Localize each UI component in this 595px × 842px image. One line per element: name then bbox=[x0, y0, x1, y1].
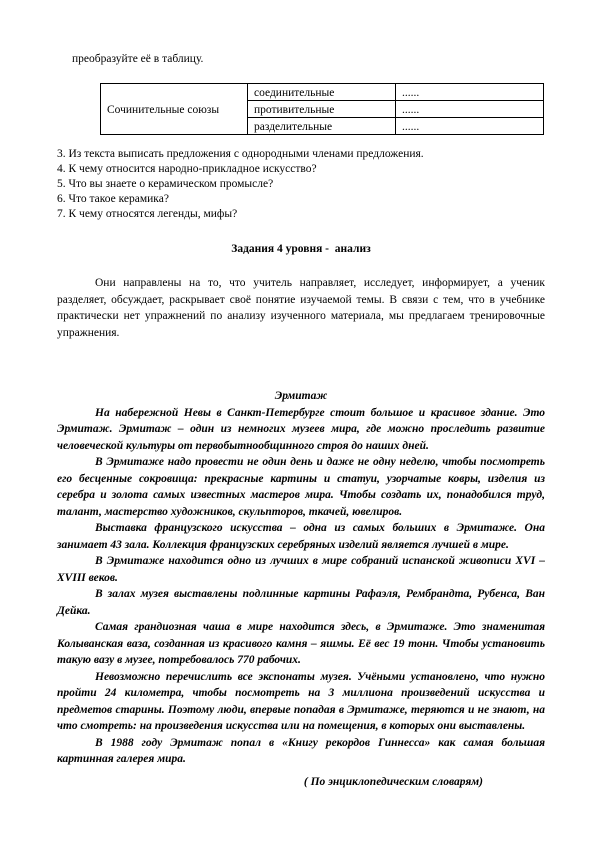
conjunctions-table: Сочинительные союзы соединительные .....… bbox=[100, 83, 544, 135]
hermitage-paragraph: На набережной Невы в Санкт-Петербурге ст… bbox=[57, 405, 545, 455]
table-value-cell: ...... bbox=[396, 118, 544, 135]
hermitage-paragraph: В Эрмитаже надо провести не один день и … bbox=[57, 454, 545, 520]
hermitage-paragraph: В Эрмитаже находится одно из лучших в ми… bbox=[57, 553, 545, 586]
hermitage-title: Эрмитаж bbox=[57, 388, 545, 405]
question-item: 5. Что вы знаете о керамическом промысле… bbox=[57, 177, 545, 192]
table-value-cell: ...... bbox=[396, 84, 544, 101]
question-list: 3. Из текста выписать предложения с одно… bbox=[57, 147, 545, 222]
question-item: 3. Из текста выписать предложения с одно… bbox=[57, 147, 545, 162]
table-header-cell: Сочинительные союзы bbox=[101, 84, 248, 135]
intro-line: преобразуйте её в таблицу. bbox=[72, 52, 545, 66]
table-value-cell: ...... bbox=[396, 101, 544, 118]
document-page: преобразуйте её в таблицу. Сочинительные… bbox=[0, 0, 595, 842]
hermitage-paragraph: В залах музея выставлены подлинные карти… bbox=[57, 586, 545, 619]
section-heading: Задания 4 уровня - анализ bbox=[57, 242, 545, 256]
table-type-cell: разделительные bbox=[248, 118, 396, 135]
attribution-line: ( По энциклопедическим словарям) bbox=[57, 774, 483, 790]
hermitage-paragraph: Самая грандиозная чаша в мире находится … bbox=[57, 619, 545, 669]
question-item: 6. Что такое керамика? bbox=[57, 192, 545, 207]
table-type-cell: соединительные bbox=[248, 84, 396, 101]
hermitage-text-block: Эрмитаж На набережной Невы в Санкт-Петер… bbox=[57, 388, 545, 790]
hermitage-paragraph: Невозможно перечислить все экспонаты муз… bbox=[57, 669, 545, 735]
hermitage-paragraph: Выставка французского искусства – одна и… bbox=[57, 520, 545, 553]
table-row: Сочинительные союзы соединительные .....… bbox=[101, 84, 544, 101]
table-type-cell: противительные bbox=[248, 101, 396, 118]
intro-paragraph: Они направлены на то, что учитель направ… bbox=[57, 275, 545, 341]
question-item: 7. К чему относятся легенды, мифы? bbox=[57, 207, 545, 222]
question-item: 4. К чему относится народно-прикладное и… bbox=[57, 162, 545, 177]
hermitage-paragraph: В 1988 году Эрмитаж попал в «Книгу рекор… bbox=[57, 735, 545, 768]
